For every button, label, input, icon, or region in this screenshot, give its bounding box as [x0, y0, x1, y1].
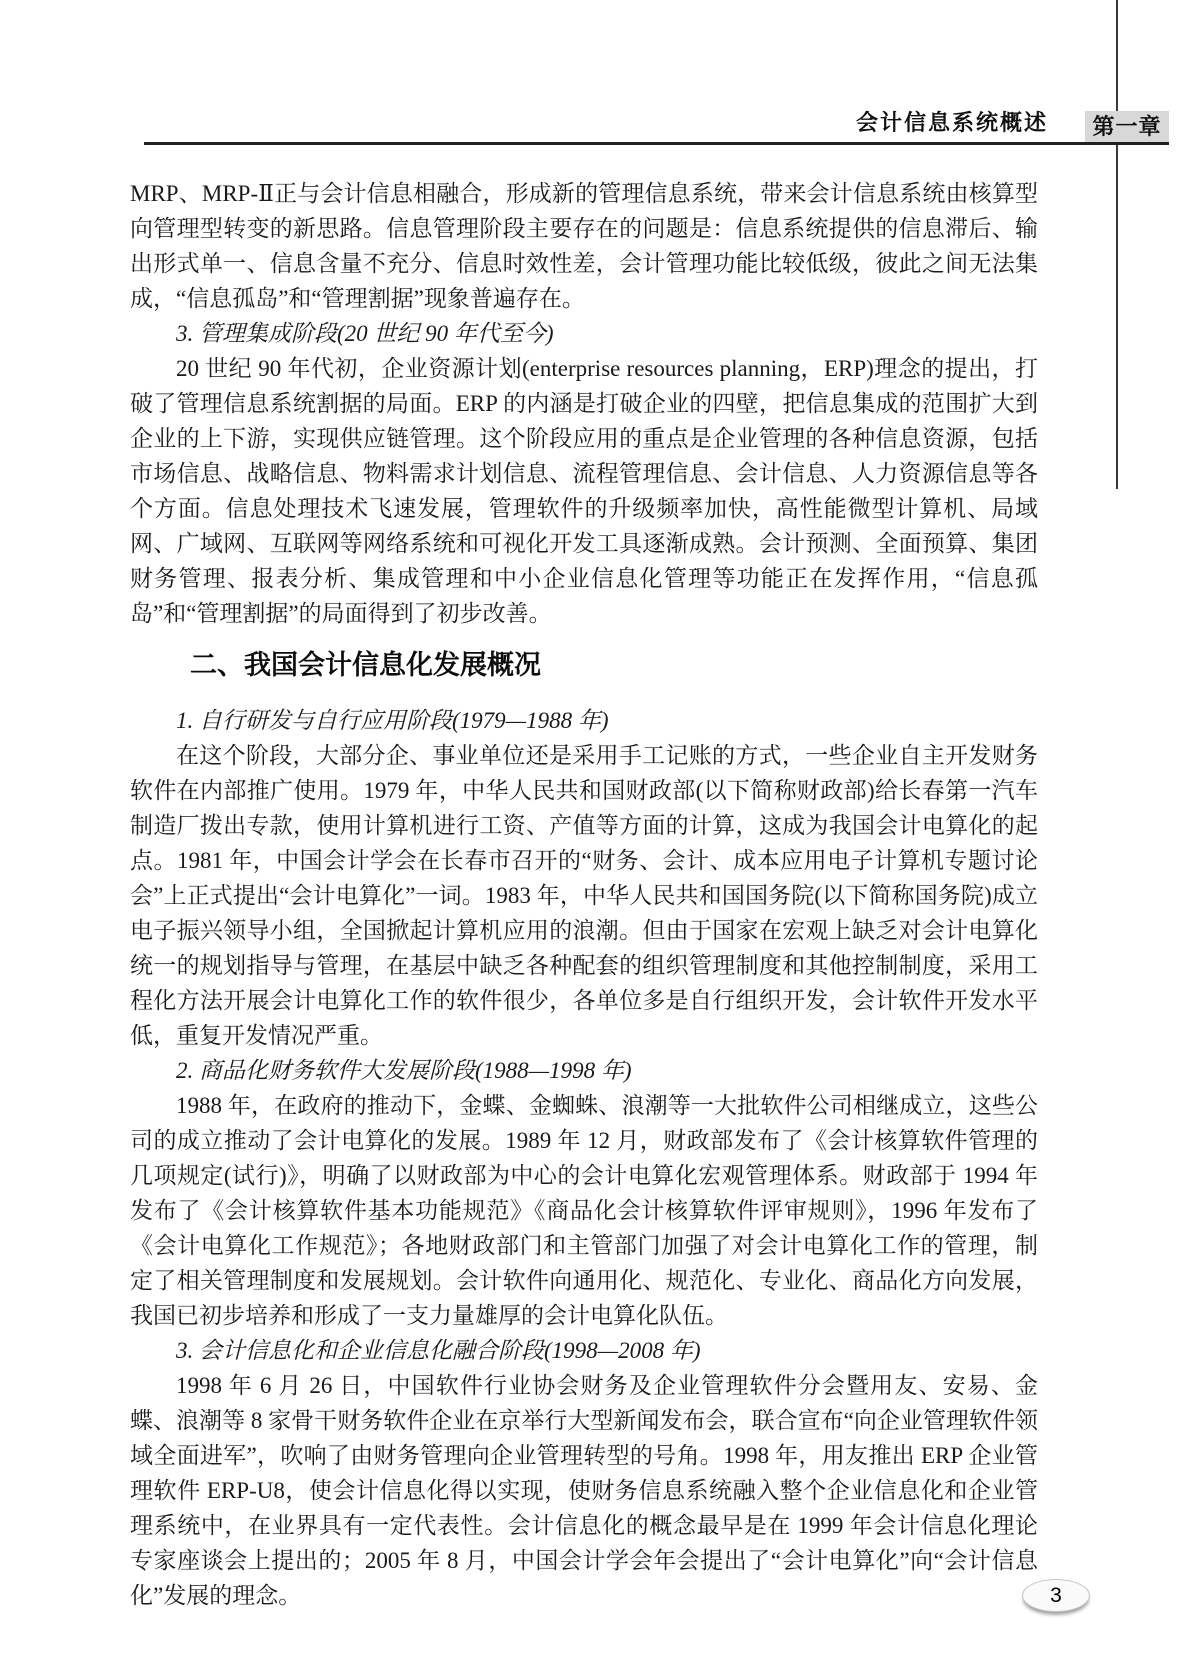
subheading-management-integration-stage: 3. 管理集成阶段(20 世纪 90 年代至今) — [130, 316, 1038, 351]
paragraph-commercial-software-stage: 1988 年，在政府的推动下，金蝶、金蜘蛛、浪潮等一大批软件公司相继成立，这些公… — [130, 1088, 1038, 1333]
paragraph-continuation: MRP、MRP-Ⅱ正与会计信息相融合，形成新的管理信息系统，带来会计信息系统由核… — [130, 176, 1038, 316]
page-number-badge: 3 — [1022, 1579, 1090, 1612]
chapter-vertical-rule — [1116, 0, 1118, 489]
paragraph-erp-stage: 20 世纪 90 年代初，企业资源计划(enterprise resources… — [130, 351, 1038, 631]
chapter-badge: 第一章 — [1085, 111, 1169, 142]
subheading-self-development-stage: 1. 自行研发与自行应用阶段(1979—1988 年) — [130, 703, 1038, 738]
page-number: 3 — [1050, 1584, 1062, 1607]
subheading-fusion-stage: 3. 会计信息化和企业信息化融合阶段(1998—2008 年) — [130, 1333, 1038, 1368]
section-heading-china-accounting-informatization: 二、我国会计信息化发展概况 — [190, 647, 1038, 683]
subheading-commercial-software-stage: 2. 商品化财务软件大发展阶段(1988—1998 年) — [130, 1053, 1038, 1088]
header-rule — [144, 142, 1169, 145]
paragraph-fusion-stage: 1998 年 6 月 26 日，中国软件行业协会财务及企业管理软件分会暨用友、安… — [130, 1368, 1038, 1613]
running-title: 会计信息系统概述 — [856, 108, 1048, 138]
content-column: MRP、MRP-Ⅱ正与会计信息相融合，形成新的管理信息系统，带来会计信息系统由核… — [130, 176, 1038, 1613]
paragraph-self-development-stage: 在这个阶段，大部分企、事业单位还是采用手工记账的方式，一些企业自主开发财务软件在… — [130, 738, 1038, 1053]
book-page: 会计信息系统概述 第一章 MRP、MRP-Ⅱ正与会计信息相融合，形成新的管理信息… — [0, 0, 1203, 1675]
